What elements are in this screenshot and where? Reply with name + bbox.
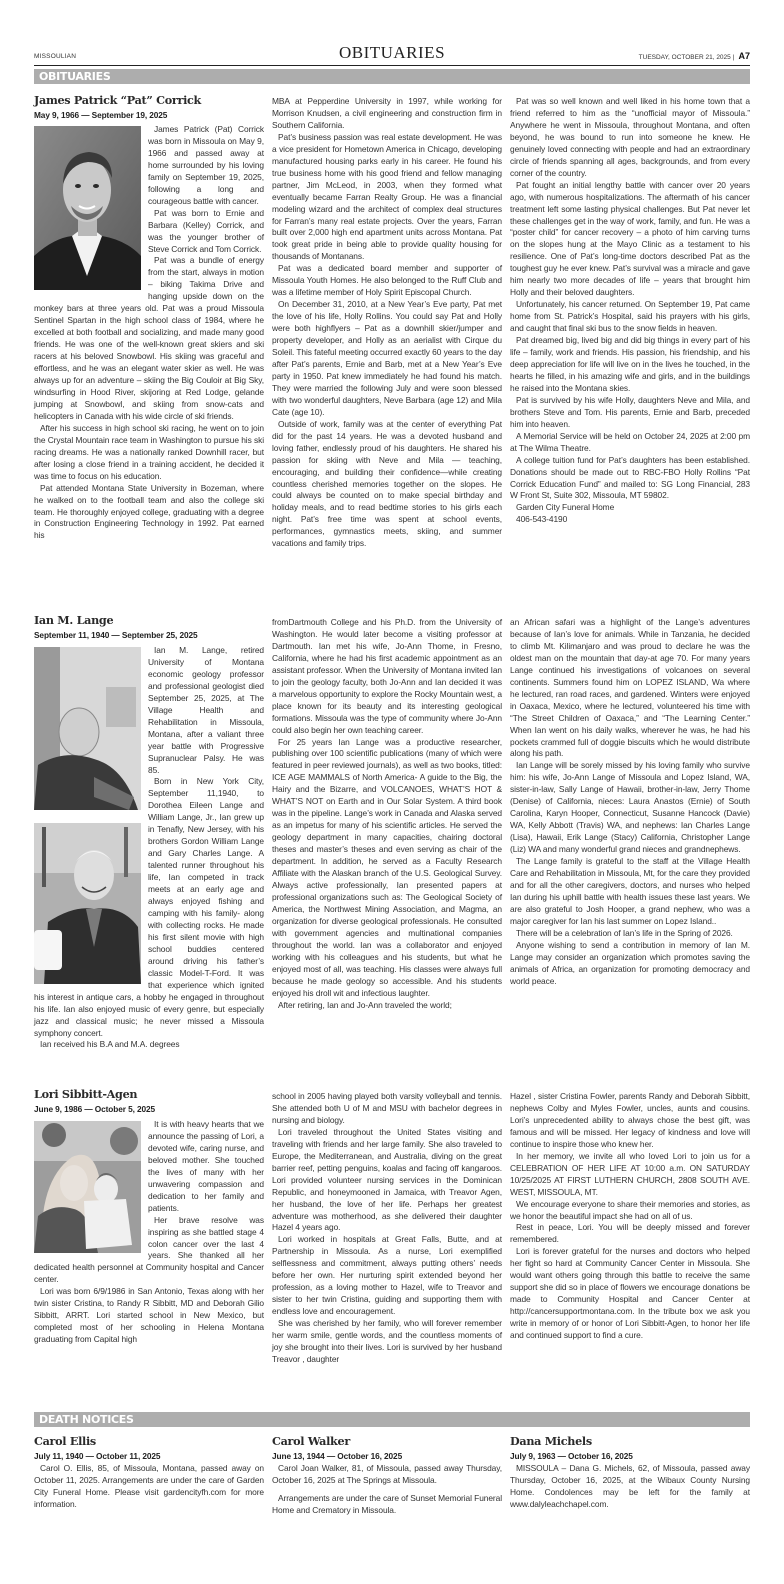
obituary-column-2: fromDartmouth College and his Ph.D. from… <box>272 617 502 1011</box>
obituary-paragraph: In her memory, we invite all who loved L… <box>510 1151 750 1199</box>
death-notice-body: MISSOULA – Dana G. Michels, 62, of Misso… <box>510 1463 750 1511</box>
obituary-paragraph: Pat attended Montana State University in… <box>34 483 264 543</box>
obituary-paragraph: Pat fought an initial lengthy battle wit… <box>510 180 750 300</box>
obituary-dates: September 11, 1940 — September 25, 2025 <box>34 630 264 640</box>
obituary-column-1: It is with heavy hearts that we announce… <box>34 1119 264 1346</box>
obituary-name: Ian M. Lange <box>34 613 264 627</box>
obituary-header: Lori Sibbitt-Agen June 9, 1986 — October… <box>34 1087 264 1114</box>
portrait-photo <box>34 126 141 290</box>
death-notice-body: Carol Joan Walker, 81, of Missoula, pass… <box>272 1463 502 1517</box>
death-notice-name: Carol Walker <box>272 1434 502 1448</box>
obituary-paragraph: After his success in high school ski rac… <box>34 423 264 483</box>
obituary-column-1: James Patrick (Pat) Corrick was born in … <box>34 124 264 542</box>
obituary-paragraph: Ian Lange will be sorely missed by his l… <box>510 760 750 856</box>
obituary-paragraph: The Lange family is grateful to the staf… <box>510 856 750 928</box>
death-notice-body: Carol O. Ellis, 85, of Missoula, Montana… <box>34 1463 264 1511</box>
obituary-name: Lori Sibbitt-Agen <box>34 1087 264 1101</box>
death-notice: Dana Michels July 9, 1963 — October 16, … <box>510 1434 750 1511</box>
portrait-photo <box>34 647 141 984</box>
obituary-column-3: Hazel , sister Cristina Fowler, parents … <box>510 1091 750 1342</box>
obituary-paragraph: Unfortunately, his cancer returned. On S… <box>510 299 750 335</box>
obituary-paragraph: Lori worked in hospitals at Great Falls,… <box>272 1234 502 1318</box>
death-notice: Carol Walker June 13, 1944 — October 16,… <box>272 1434 502 1517</box>
obituary-paragraph: Pat dreamed big, lived big and did big t… <box>510 335 750 395</box>
death-notice-dates: July 11, 1940 — October 11, 2025 <box>34 1451 264 1461</box>
obituary-paragraph: There will be a celebration of Ian’s lif… <box>510 928 750 940</box>
obituary-dates: June 9, 1986 — October 5, 2025 <box>34 1104 264 1114</box>
obituary-paragraph: After retiring, Ian and Jo-Ann traveled … <box>272 1000 502 1012</box>
portrait-photo-stack <box>34 647 141 984</box>
obituary-dates: May 9, 1966 — September 19, 2025 <box>34 110 264 120</box>
obituary-column-3: an African safari was a highlight of the… <box>510 617 750 988</box>
death-notice: Carol Ellis July 11, 1940 — October 11, … <box>34 1434 264 1511</box>
obituary-paragraph: Ian received his B.A and M.A. degrees <box>34 1039 264 1051</box>
funeral-home-name: Garden City Funeral Home <box>510 502 750 514</box>
obituary-paragraph: For 25 years Ian Lange was a productive … <box>272 737 502 1000</box>
obituary-paragraph: Hazel , sister Cristina Fowler, parents … <box>510 1091 750 1151</box>
obituary-header: James Patrick “Pat” Corrick May 9, 1966 … <box>34 93 264 120</box>
obituary-paragraph: Lori traveled throughout the United Stat… <box>272 1127 502 1235</box>
obituary-paragraph: Rest in peace, Lori. You will be deeply … <box>510 1222 750 1246</box>
obituary-paragraph: Outside of work, family was at the cente… <box>272 419 502 550</box>
obituary-column-3: Pat was so well known and well liked in … <box>510 96 750 526</box>
obituary-paragraph: Pat’s business passion was real estate d… <box>272 132 502 263</box>
obituary-header: Ian M. Lange September 11, 1940 — Septem… <box>34 613 264 640</box>
death-notice-paragraph: MISSOULA – Dana G. Michels, 62, of Misso… <box>510 1463 750 1511</box>
obituary-paragraph: Pat is survived by his wife Holly, daugh… <box>510 395 750 431</box>
separator: | <box>733 54 735 61</box>
obituary-name: James Patrick “Pat” Corrick <box>34 93 264 107</box>
funeral-home-phone: 406-543-4190 <box>510 514 750 526</box>
obituary-column-2: school in 2005 having played both varsit… <box>272 1091 502 1366</box>
obituary-paragraph: A Memorial Service will be held on Octob… <box>510 431 750 455</box>
obituary-column-1: Ian M. Lange, retired University of Mont… <box>34 645 264 1051</box>
obituary-paragraph: MBA at Pepperdine University in 1997, wh… <box>272 96 502 132</box>
page-masthead: MISSOULIAN OBITUARIES TUESDAY, OCTOBER 2… <box>34 40 750 66</box>
obituary-paragraph: an African safari was a highlight of the… <box>510 617 750 760</box>
obituary-paragraph: Anyone wishing to send a contribution in… <box>510 940 750 988</box>
obituary-paragraph: fromDartmouth College and his Ph.D. from… <box>272 617 502 737</box>
death-notices-section-label: DEATH NOTICES <box>39 1412 134 1427</box>
obituary-paragraph: She was cherished by her family, who wil… <box>272 1318 502 1366</box>
obituary-paragraph: Pat was so well known and well liked in … <box>510 96 750 180</box>
death-notice-dates: July 9, 1963 — October 16, 2025 <box>510 1451 750 1461</box>
obituaries-section-bar: OBITUARIES <box>34 69 750 84</box>
obituary-paragraph: We encourage everyone to share their mem… <box>510 1199 750 1223</box>
death-notice-paragraph: Carol O. Ellis, 85, of Missoula, Montana… <box>34 1463 264 1511</box>
death-notice-dates: June 13, 1944 — October 16, 2025 <box>272 1451 502 1461</box>
issue-date: TUESDAY, OCTOBER 21, 2025 <box>639 54 731 61</box>
obituary-paragraph: Lori was born 6/9/1986 in San Antonio, T… <box>34 1286 264 1346</box>
death-notice-name: Carol Ellis <box>34 1434 264 1448</box>
mother-and-daughter-photo <box>34 1121 141 1253</box>
obituaries-section-label: OBITUARIES <box>39 69 110 84</box>
obituary-paragraph: On December 31, 2010, at a New Year’s Ev… <box>272 299 502 419</box>
obituary-paragraph: Pat was a dedicated board member and sup… <box>272 263 502 299</box>
death-notices-section-bar: DEATH NOTICES <box>34 1412 750 1427</box>
death-notice-paragraph: Arrangements are under the care of Sunse… <box>272 1493 502 1517</box>
page-number: A7 <box>738 51 750 61</box>
obituary-paragraph: A college tuition fund for Pat’s daughte… <box>510 455 750 503</box>
issue-info: TUESDAY, OCTOBER 21, 2025|A7 <box>639 51 750 61</box>
death-notice-paragraph: Carol Joan Walker, 81, of Missoula, pass… <box>272 1463 502 1487</box>
death-notice-name: Dana Michels <box>510 1434 750 1448</box>
obituary-paragraph: Lori is forever grateful for the nurses … <box>510 1246 750 1342</box>
obituary-column-2: MBA at Pepperdine University in 1997, wh… <box>272 96 502 550</box>
obituary-paragraph: school in 2005 having played both varsit… <box>272 1091 502 1127</box>
